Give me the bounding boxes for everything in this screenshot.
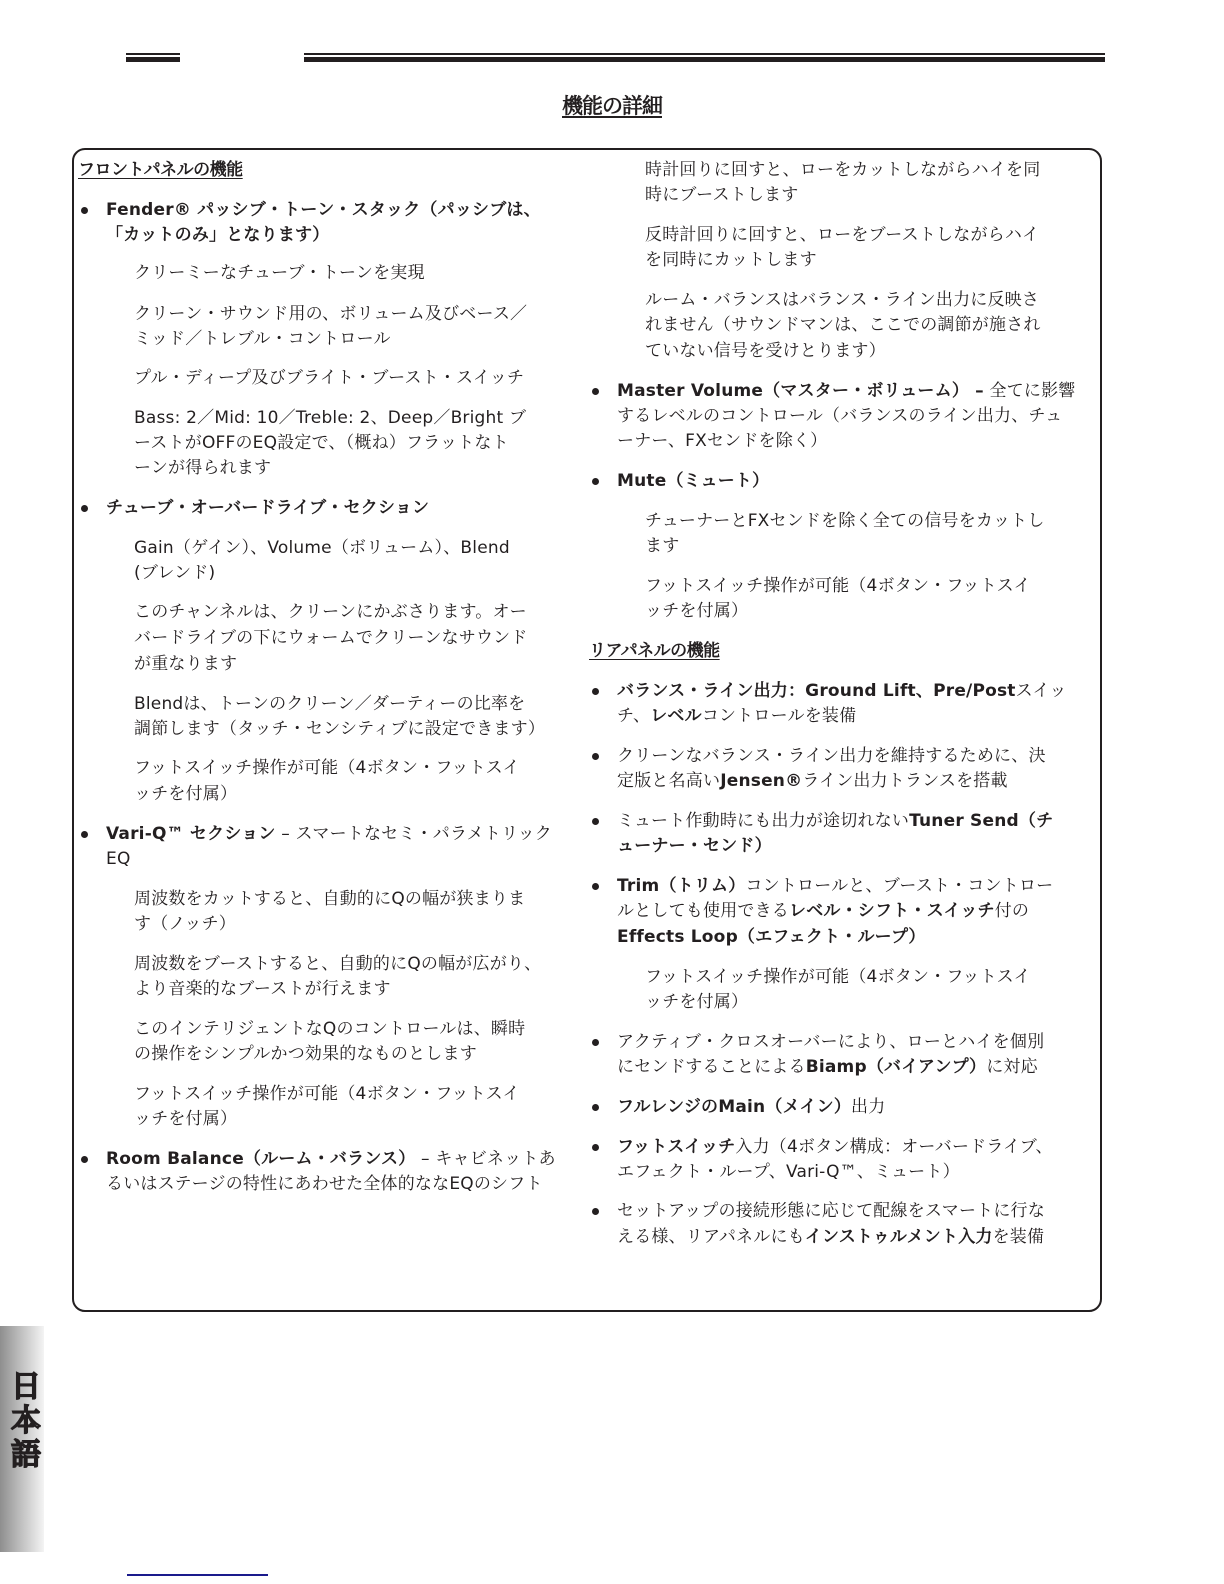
bullet-item: フルレンジのMain（メイン）出力 [617,1094,885,1120]
text-segment: ッチを付属） [645,601,748,621]
text-segment: ライン出力トランスを搭載 [802,771,1007,791]
text-segment: クリーン・サウンド用の、ボリューム及びベース／ [134,304,527,324]
sub-item: バードライブの下にウォームでクリーンなサウンド [134,625,528,651]
sub-item: 時にブーストします [645,182,798,208]
text-segment: ッチを付属） [134,784,237,804]
text-segment: Jensen® [720,771,802,791]
continuation-line: ルとしても使用できるレベル・シフト・スイッチ付の [617,898,1029,924]
text-segment: ッチを付属） [134,1109,237,1129]
text-segment: ミュート作動時にも出力が途切れない [617,811,909,831]
text-segment: エフェクト・ループ、Vari-Q™、ミュート） [617,1162,960,1182]
sub-item: ッチを付属） [645,989,748,1015]
text-segment: このインテリジェントなQのコントロールは、瞬時 [134,1019,525,1039]
text-segment: を装備 [993,1227,1045,1247]
text-segment: (ブレンド) [134,563,215,583]
bullet-icon [592,388,599,395]
bullet-item: クリーンなバランス・ライン出力を維持するために、決 [617,743,1046,769]
sub-item: このインテリジェントなQのコントロールは、瞬時 [134,1016,525,1042]
text-segment: 反時計回りに回すと、ローをブーストしながらハイ [645,225,1039,245]
continuation-line: にセンドすることによるBiamp（バイアンプ）に対応 [617,1054,1038,1080]
text-segment: より音楽的なブーストが行えます [134,979,391,999]
sub-item: ッチを付属） [645,598,748,624]
text-segment: インストゥルメント入力 [805,1227,993,1247]
sub-item: ていない信号を受けとります） [645,338,886,364]
text-segment: Gain（ゲイン）、Volume（ボリューム）、Blend [134,538,510,558]
text-segment: スイッ [1016,681,1067,701]
text-segment: にセンドすることによる [617,1057,806,1077]
text-segment: Vari-Q™ セクション [106,824,276,844]
bullet-icon [592,1208,599,1215]
text-segment: するレベルのコントロール（バランスのライン出力、チュ [617,406,1062,426]
text-segment: 周波数をカットすると、自動的にQの幅が狭まりま [134,889,525,909]
sub-item: 反時計回りに回すと、ローをブーストしながらハイ [645,222,1039,248]
continuation-line: 定版と名高いJensen®ライン出力トランスを搭載 [617,768,1008,794]
bottom-link-underline[interactable] [127,1574,268,1576]
text-segment: コントロールと、ブースト・コントロー [745,876,1053,896]
text-segment: アクティブ・クロスオーバーにより、ローとハイを個別 [617,1032,1044,1052]
sub-item: チューナーとFXセンドを除く全ての信号をカットし [645,508,1045,534]
text-segment: フットスイッチ操作が可能（4ボタン・フットスイ [134,1084,520,1104]
bullet-item: セットアップの接続形態に応じて配線をスマートに行な [617,1198,1045,1224]
sub-item: フットスイッチ操作が可能（4ボタン・フットスイ [645,573,1031,599]
sub-item: より音楽的なブーストが行えます [134,976,391,1002]
sub-item: フットスイッチ操作が可能（4ボタン・フットスイ [134,1081,520,1107]
bullet-item: フットスイッチ入力（4ボタン構成：オーバードライブ、 [617,1134,1053,1160]
text-segment: チューナーとFXセンドを除く全ての信号をカットし [645,511,1045,531]
text-segment: える様、リアパネルにも [617,1227,805,1247]
text-segment: Fender® パッシブ・トーン・スタック（パッシブは、 [106,200,541,220]
page-title-text: 機能の詳細 [562,94,662,118]
bullet-icon [592,1039,599,1046]
text-segment: Mute（ミュート） [617,471,769,491]
sub-item: クリーミーなチューブ・トーンを実現 [134,260,425,286]
text-segment: Effects Loop（エフェクト・ループ） [617,927,926,947]
continuation-line: Effects Loop（エフェクト・ループ） [617,924,926,950]
sub-item: 周波数をカットすると、自動的にQの幅が狭まりま [134,886,525,912]
text-segment: ューナー・センド） [617,836,772,856]
text-segment: レベル・シフト・スイッチ [789,901,995,921]
text-segment: セットアップの接続形態に応じて配線をスマートに行な [617,1201,1045,1221]
bullet-item: アクティブ・クロスオーバーにより、ローとハイを個別 [617,1029,1044,1055]
header-rule-right-thick [304,57,1105,62]
bullet-icon [592,1104,599,1111]
bullet-icon [592,753,599,760]
text-segment: リアパネルの機能 [589,641,720,661]
text-segment: が重なります [134,654,237,674]
sub-item: ッチを付属） [134,1106,237,1132]
text-segment: ます [645,536,679,556]
bullet-icon [592,688,599,695]
continuation-line: える様、リアパネルにもインストゥルメント入力を装備 [617,1224,1044,1250]
bullet-icon [592,883,599,890]
text-segment: 時計回りに回すと、ローをカットしながらハイを同 [645,160,1040,180]
text-segment: ーストがOFFのEQ設定で、（概ね）フラットなト [134,433,509,453]
continuation-line: エフェクト・ループ、Vari-Q™、ミュート） [617,1159,960,1185]
text-segment: レベル [650,706,702,726]
bullet-icon [592,1144,599,1151]
text-segment: EQ [106,849,131,869]
text-segment: フロントパネルの機能 [78,160,243,180]
text-segment: チ、 [617,706,650,726]
text-segment: 「カットのみ」となります） [106,225,329,245]
text-segment: ていない信号を受けとります） [645,341,886,361]
text-segment: Trim（トリム） [617,876,745,896]
text-segment: 出力 [851,1097,885,1117]
text-segment: Room Balance（ルーム・バランス） [106,1149,415,1169]
text-segment: Bass: 2／Mid: 10／Treble: 2、Deep／Bright ブ [134,408,526,428]
section-heading: リアパネルの機能 [589,638,720,664]
sub-item: の操作をシンプルかつ効果的なものとします [134,1041,477,1067]
sub-item: 周波数をブーストすると、自動的にQの幅が広がり、 [134,951,541,977]
continuation-line: ューナー・センド） [617,833,772,859]
text-segment: プル・ディープ及びブライト・ブースト・スイッチ [134,368,524,388]
sub-item: Gain（ゲイン）、Volume（ボリューム）、Blend [134,535,510,561]
text-segment: ルーム・バランスはバランス・ライン出力に反映さ [645,290,1039,310]
text-segment: バードライブの下にウォームでクリーンなサウンド [134,628,528,648]
bullet-item: ミュート作動時にも出力が途切れないTuner Send（チ [617,808,1053,834]
text-segment: の操作をシンプルかつ効果的なものとします [134,1044,477,1064]
bullet-item: Master Volume（マスター・ボリューム） – 全てに影響 [617,378,1075,404]
page-title: 機能の詳細 [0,92,1224,120]
bullet-icon [81,505,88,512]
section-heading: フロントパネルの機能 [78,157,243,183]
text-segment: – キャビネットあ [415,1149,555,1169]
text-segment: クリーミーなチューブ・トーンを実現 [134,263,425,283]
text-segment: フットスイッチ操作が可能（4ボタン・フットスイ [134,758,520,778]
text-segment: フルレンジのMain（メイン） [617,1097,851,1117]
bullet-item: Mute（ミュート） [617,468,769,494]
bullet-item: Fender® パッシブ・トーン・スタック（パッシブは、 [106,197,541,223]
sub-item: このチャンネルは、クリーンにかぶさります。オー [134,599,527,625]
text-segment: Biamp（バイアンプ） [806,1057,987,1077]
header-rule-left-thin [126,53,180,55]
header-rule-right-thin [304,53,1105,55]
bullet-item: Room Balance（ルーム・バランス） – キャビネットあ [106,1146,556,1172]
text-segment: 周波数をブーストすると、自動的にQの幅が広がり、 [134,954,541,974]
sub-item: Blendは、トーンのクリーン／ダーティーの比率を [134,691,525,717]
text-segment: Blendは、トーンのクリーン／ダーティーの比率を [134,694,525,714]
bullet-icon [81,1156,88,1163]
continuation-line: ーナー、FXセンドを除く） [617,428,827,454]
continuation-line: るいはステージの特性にあわせた全体的ななEQのシフト [106,1171,543,1197]
text-segment: 入力（4ボタン構成：オーバードライブ、 [735,1137,1052,1157]
text-segment: 付の [995,901,1029,921]
text-segment: 調節します（タッチ・センシティブに設定できます） [134,719,545,739]
sub-item: ーストがOFFのEQ設定で、（概ね）フラットなト [134,430,509,456]
bullet-item: Trim（トリム）コントロールと、ブースト・コントロー [617,873,1053,899]
text-segment: このチャンネルは、クリーンにかぶさります。オー [134,602,527,622]
sub-item: プル・ディープ及びブライト・ブースト・スイッチ [134,365,524,391]
text-segment: バランス・ライン出力：Ground Lift、Pre/Post [617,681,1016,701]
text-segment: ッチを付属） [645,992,748,1012]
text-segment: るいはステージの特性にあわせた全体的ななEQのシフト [106,1174,543,1194]
sub-item: フットスイッチ操作が可能（4ボタン・フットスイ [645,964,1031,990]
text-segment: Tuner Send（チ [909,811,1053,831]
sub-item: ます [645,533,679,559]
language-tab-label: 日本語 [4,1370,40,1472]
bullet-item: バランス・ライン出力：Ground Lift、Pre/Postスイッ [617,678,1067,704]
sub-item: ッチを付属） [134,781,237,807]
bullet-icon [81,831,88,838]
text-segment: ーナー、FXセンドを除く） [617,431,827,451]
sub-item: が重なります [134,651,237,677]
text-segment: 定版と名高い [617,771,720,791]
continuation-line: 「カットのみ」となります） [106,222,329,248]
text-segment: 時にブーストします [645,185,798,205]
sub-item: ーンが得られます [134,455,271,481]
continuation-line: チ、レベルコントロールを装備 [617,703,856,729]
bullet-icon [592,478,599,485]
text-segment: フットスイッチ [617,1137,735,1157]
sub-item: (ブレンド) [134,560,215,586]
text-segment: ルとしても使用できる [617,901,789,921]
language-side-tab[interactable]: 日本語 [0,1326,44,1552]
text-segment: コントロールを装備 [702,706,856,726]
sub-item: れません（サウンドマンは、ここでの調節が施され [645,312,1041,338]
text-segment: す（ノッチ） [134,914,236,934]
sub-item: Bass: 2／Mid: 10／Treble: 2、Deep／Bright ブ [134,405,526,431]
text-segment: フットスイッチ操作が可能（4ボタン・フットスイ [645,967,1031,987]
sub-item: フットスイッチ操作が可能（4ボタン・フットスイ [134,755,520,781]
text-segment: を同時にカットします [645,250,817,270]
text-segment: ーンが得られます [134,458,271,478]
text-segment: – スマートなセミ・パラメトリック [276,824,552,844]
sub-item: 時計回りに回すと、ローをカットしながらハイを同 [645,157,1040,183]
text-segment: 全てに影響 [984,381,1076,401]
header-rule-left-thick [126,57,180,62]
bullet-icon [592,818,599,825]
sub-item: す（ノッチ） [134,911,236,937]
sub-item: ルーム・バランスはバランス・ライン出力に反映さ [645,287,1039,313]
sub-item: クリーン・サウンド用の、ボリューム及びベース／ [134,301,527,327]
bullet-icon [81,207,88,214]
text-segment: に対応 [986,1057,1038,1077]
sub-item: ミッド／トレブル・コントロール [134,326,391,352]
text-segment: れません（サウンドマンは、ここでの調節が施され [645,315,1041,335]
text-segment: チューブ・オーバードライブ・セクション [106,498,429,518]
continuation-line: するレベルのコントロール（バランスのライン出力、チュ [617,403,1062,429]
text-segment: Master Volume（マスター・ボリューム） – [617,381,984,401]
sub-item: を同時にカットします [645,247,817,273]
bullet-item: Vari-Q™ セクション – スマートなセミ・パラメトリック [106,821,552,847]
bullet-item: チューブ・オーバードライブ・セクション [106,495,429,521]
text-segment: クリーンなバランス・ライン出力を維持するために、決 [617,746,1046,766]
text-segment: ミッド／トレブル・コントロール [134,329,391,349]
sub-item: 調節します（タッチ・センシティブに設定できます） [134,716,545,742]
text-segment: フットスイッチ操作が可能（4ボタン・フットスイ [645,576,1031,596]
continuation-line: EQ [106,846,131,872]
